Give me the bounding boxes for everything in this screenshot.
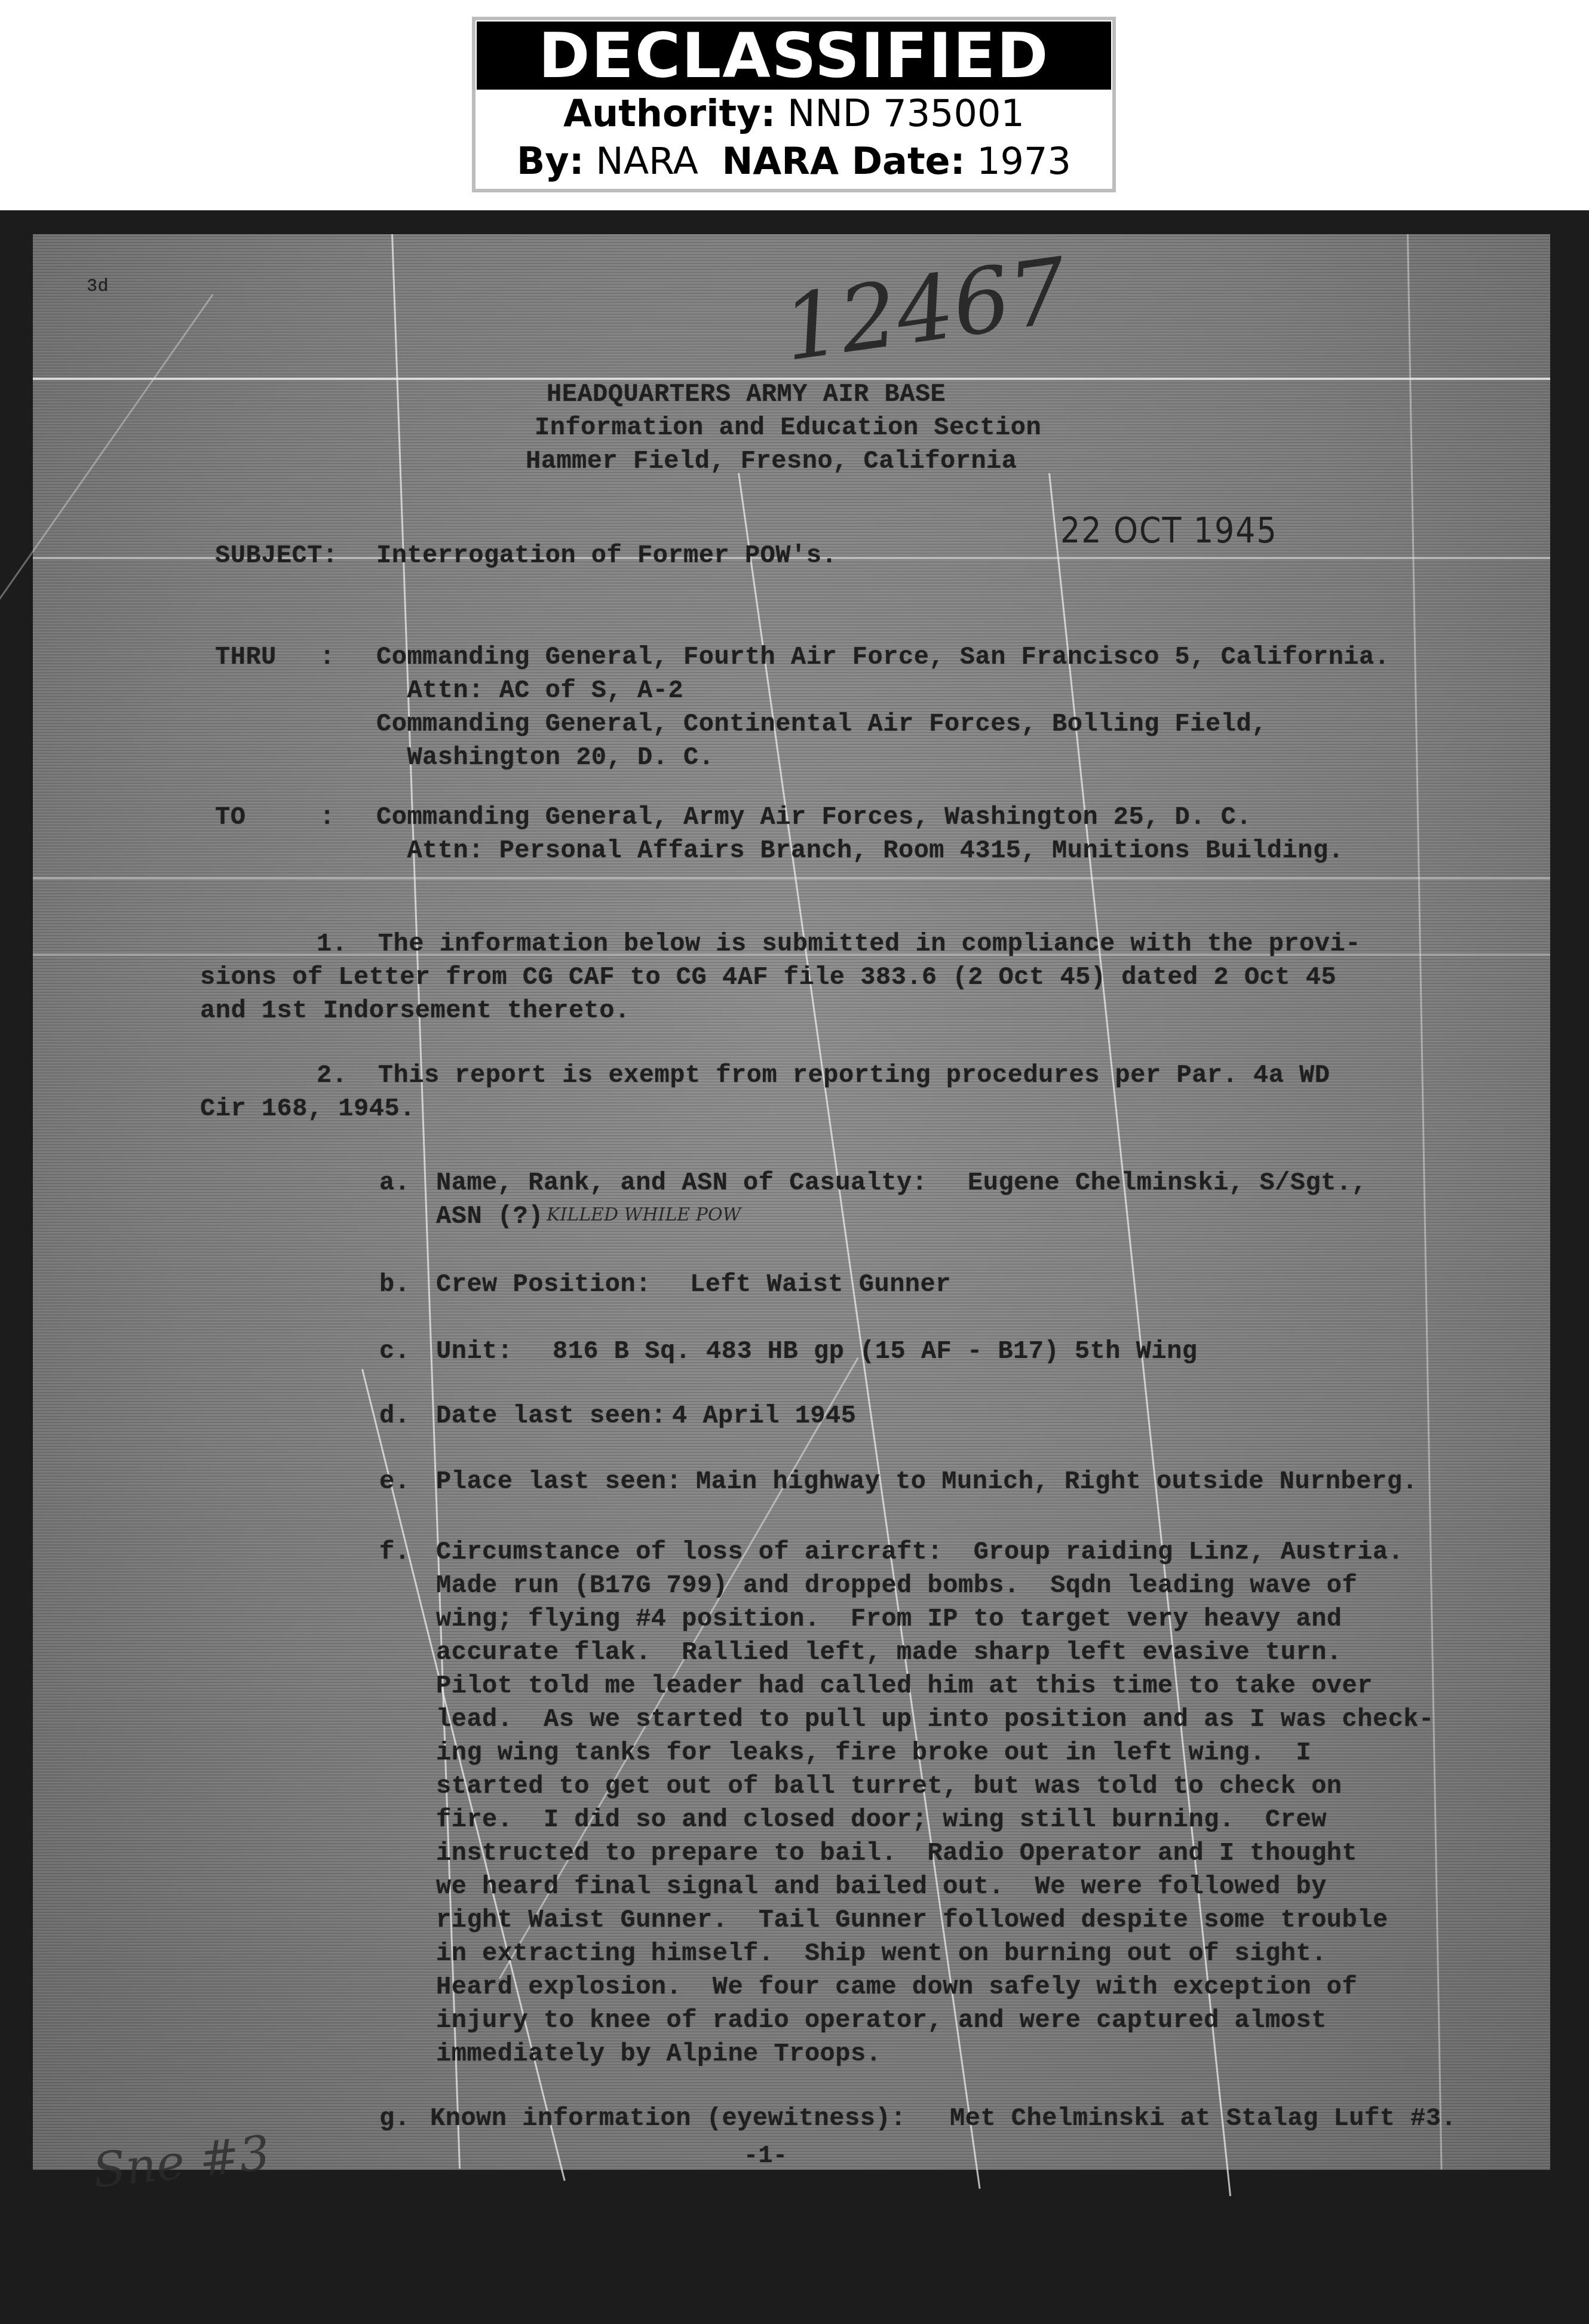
item-d-value: 4 April 1945: [672, 1399, 856, 1433]
item-f-line: Circumstance of loss of aircraft: Group …: [436, 1535, 1403, 1569]
item-f-line: accurate flak. Rallied left, made sharp …: [436, 1636, 1342, 1669]
thru-line: Commanding General, Continental Air Forc…: [376, 707, 1267, 741]
item-f-line: Made run (B17G 799) and dropped bombs. S…: [436, 1569, 1357, 1602]
subject-label: SUBJECT:: [215, 539, 338, 572]
handwritten-asn-note: KILLED WHILE POW: [547, 1204, 741, 1225]
letterhead-line-3: Hammer Field, Fresno, California: [526, 444, 1017, 478]
to-label: TO: [215, 801, 246, 834]
item-c-value: 816 B Sq. 483 HB gp (15 AF - B17) 5th Wi…: [553, 1335, 1198, 1368]
authority-value: NND 735001: [787, 91, 1024, 135]
item-d-label: Date last seen:: [436, 1399, 667, 1433]
to-line: Commanding General, Army Air Forces, Was…: [376, 801, 1251, 834]
item-f-line: lead. As we started to pull up into posi…: [436, 1703, 1434, 1736]
item-e-label: Place last seen:: [436, 1465, 682, 1498]
item-f-letter: f.: [379, 1535, 410, 1569]
page-marker: 3d: [87, 270, 109, 303]
item-g-value: Met Chelminski at Stalag Luft #3.: [950, 2102, 1456, 2135]
letterhead-line-1: HEADQUARTERS ARMY AIR BASE: [547, 378, 946, 411]
stamp-authority: Authority: NND 735001: [476, 90, 1112, 137]
item-f-line: started to get out of ball turret, but w…: [436, 1770, 1342, 1803]
by-label: By:: [517, 139, 584, 183]
paragraph-2-line: Cir 168, 1945.: [200, 1092, 415, 1126]
received-date-stamp: 22 OCT 1945: [1060, 510, 1278, 551]
film-scratch: [0, 294, 213, 735]
item-b-value: Left Waist Gunner: [690, 1268, 951, 1301]
item-f-line: Heard explosion. We four came down safel…: [436, 1970, 1357, 2004]
item-f-line: fire. I did so and closed door; wing sti…: [436, 1803, 1327, 1836]
item-c-letter: c.: [379, 1335, 410, 1368]
thru-line: Attn: AC of S, A-2: [376, 674, 683, 707]
item-d-letter: d.: [379, 1399, 410, 1433]
film-scratch: [33, 877, 1550, 879]
item-f-line: right Waist Gunner. Tail Gunner followed…: [436, 1903, 1388, 1937]
document-paper: 3d 12467 HEADQUARTERS ARMY AIR BASE Info…: [33, 234, 1550, 2170]
handwritten-signature: Sne #3: [90, 2125, 272, 2199]
paragraph-2-line: 2. This report is exempt from reporting …: [317, 1059, 1330, 1092]
thru-line: Washington 20, D. C.: [376, 741, 714, 774]
item-f-line: wing; flying #4 position. From IP to tar…: [436, 1602, 1342, 1636]
to-separator: :: [320, 801, 335, 834]
handwritten-file-number: 12467: [777, 239, 1073, 382]
paragraph-1-line: 1. The information below is submitted in…: [317, 927, 1361, 961]
scanned-page: 3d 12467 HEADQUARTERS ARMY AIR BASE Info…: [0, 210, 1589, 2324]
paragraph-1-line: and 1st Indorsement thereto.: [200, 994, 630, 1028]
item-f-line: immediately by Alpine Troops.: [436, 2037, 881, 2071]
film-scratch: [1407, 234, 1443, 2170]
item-c-label: Unit:: [436, 1335, 513, 1368]
item-f-line: instructed to prepare to bail. Radio Ope…: [436, 1836, 1357, 1870]
page-number: -1-: [744, 2140, 788, 2173]
item-f-line: in extracting himself. Ship went on burn…: [436, 1937, 1327, 1970]
declassified-stamp: DECLASSIFIED Authority: NND 735001 By: N…: [472, 17, 1116, 192]
item-a-value: Eugene Chelminski, S/Sgt.,: [968, 1166, 1367, 1200]
by-value: NARA: [596, 139, 698, 183]
item-f-line: Pilot told me leader had called him at t…: [436, 1669, 1373, 1703]
item-f-line: injury to knee of radio operator, and we…: [436, 2004, 1327, 2037]
item-b-label: Crew Position:: [436, 1268, 651, 1301]
thru-separator: :: [320, 640, 335, 674]
item-e-letter: e.: [379, 1465, 410, 1498]
item-f-line: we heard final signal and bailed out. We…: [436, 1870, 1327, 1903]
item-e-value: Main highway to Munich, Right outside Nu…: [696, 1465, 1418, 1498]
item-b-letter: b.: [379, 1268, 410, 1301]
item-g-label: Known information (eyewitness):: [430, 2102, 906, 2135]
stamp-by-date: By: NARA NARA Date: 1973: [476, 137, 1112, 185]
stamp-title: DECLASSIFIED: [477, 22, 1111, 90]
subject-value: Interrogation of Former POW's.: [376, 539, 837, 572]
item-a-label: Name, Rank, and ASN of Casualty:: [436, 1166, 928, 1200]
item-a-letter: a.: [379, 1166, 410, 1200]
nara-date-value: 1973: [977, 139, 1071, 183]
paragraph-1-line: sions of Letter from CG CAF to CG 4AF fi…: [200, 961, 1336, 994]
item-g-letter: g.: [379, 2102, 410, 2135]
authority-label: Authority:: [563, 91, 775, 135]
thru-line: Commanding General, Fourth Air Force, Sa…: [376, 640, 1389, 674]
to-line: Attn: Personal Affairs Branch, Room 4315…: [376, 834, 1343, 867]
letterhead-line-2: Information and Education Section: [535, 411, 1041, 444]
item-f-line: ing wing tanks for leaks, fire broke out…: [436, 1736, 1311, 1770]
item-a-asn: ASN (?): [436, 1200, 544, 1233]
thru-label: THRU: [215, 640, 277, 674]
nara-date-label: NARA Date:: [722, 139, 965, 183]
